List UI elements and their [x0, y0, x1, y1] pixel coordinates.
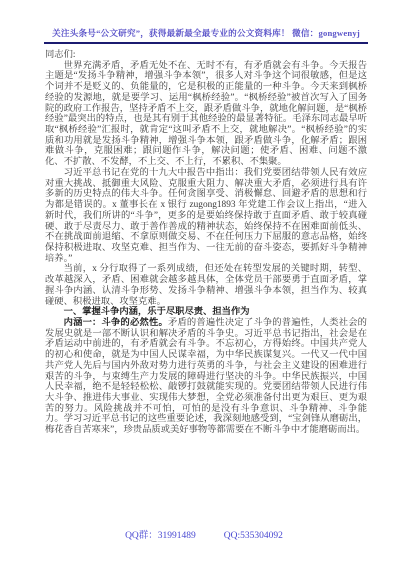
- connotation-lead: 内涵一：斗争的必然性。: [64, 318, 168, 328]
- promo-header-text: 关注头条号“公文研究”，获得最新最全最专业的公文资料库！ 微信：gongweny…: [52, 28, 360, 38]
- connotation-body: 矛盾的普遍性决定了斗争的普遍性，人类社会的发展史就是一部不断认识和解决矛盾的斗争…: [45, 318, 367, 435]
- qq-group-number: QQ群：31991489: [125, 531, 196, 541]
- qq-number: QQ:535304092: [224, 531, 283, 541]
- document-page: 关注头条号“公文研究”，获得最新最全最专业的公文资料库！ 微信：gongweny…: [0, 0, 408, 580]
- contact-footer: QQ群：31991489QQ:535304092: [0, 527, 408, 541]
- promo-header: 关注头条号“公文研究”，获得最新最全最专业的公文资料库！ 微信：gongweny…: [44, 27, 368, 44]
- paragraph-branch-status: 当前，x 分行取得了一系列成绩，但还处在转型发展的关键时期，转型、改革越深入，矛…: [45, 264, 367, 307]
- salutation: 同志们:: [45, 50, 367, 61]
- paragraph-19th-congress: 习近平总书记在党的十九大中报告中指出：我们党要团结带领人民有效应对重大挑战、抵御…: [45, 168, 367, 264]
- paragraph-connotation-one: 内涵一：斗争的必然性。矛盾的普遍性决定了斗争的普遍性，人类社会的发展史就是一部不…: [45, 318, 367, 436]
- paragraph-intro: 世界充满矛盾，矛盾无处不在、无时不有，有矛盾就会有斗争。今天报告主题是“发扬斗争…: [45, 61, 367, 168]
- section-heading: 一、掌握斗争内涵，乐于尽职尽责、担当作为: [45, 307, 367, 318]
- document-body: 同志们: 世界充满矛盾，矛盾无处不在、无时不有，有矛盾就会有斗争。今天报告主题是…: [45, 50, 367, 436]
